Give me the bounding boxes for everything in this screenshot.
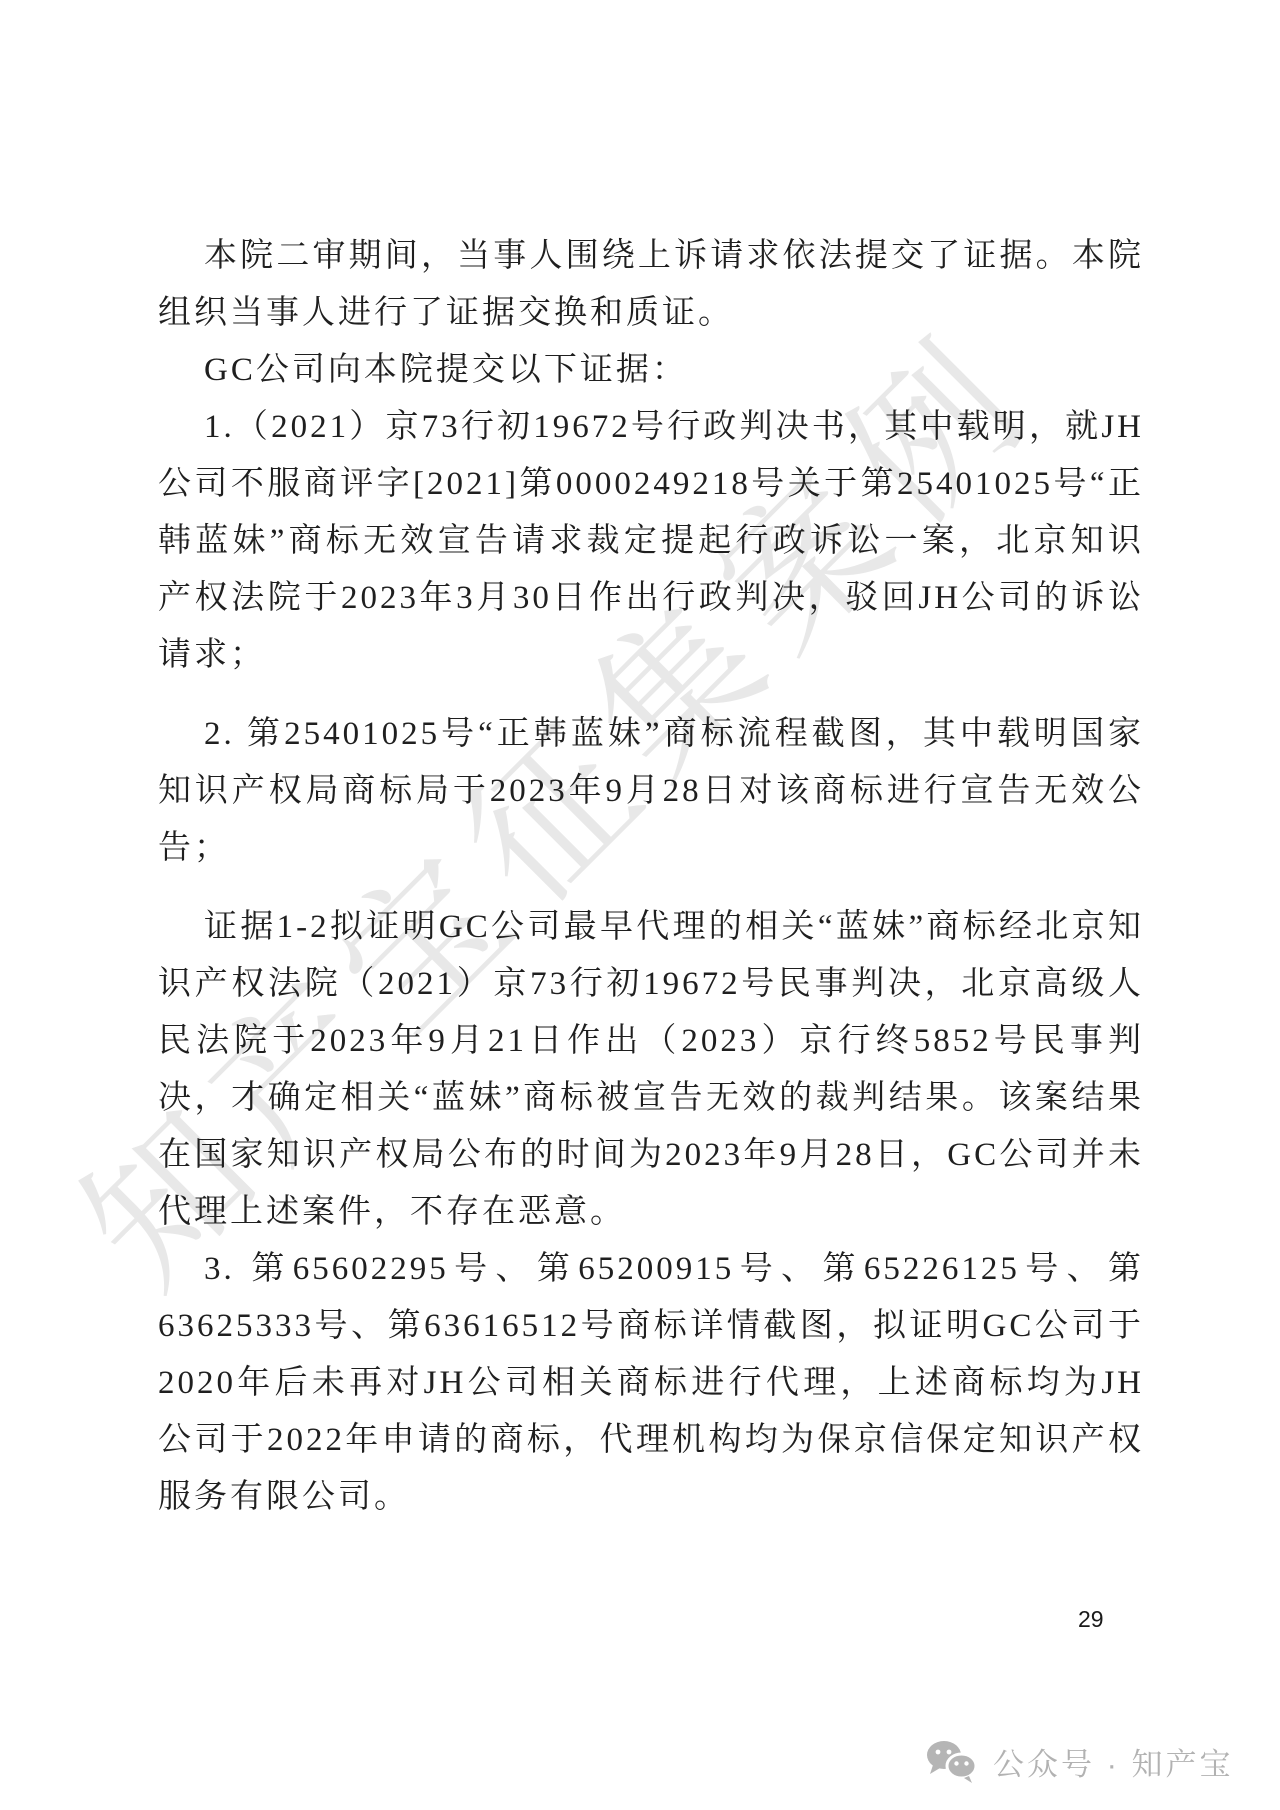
document-body: 本院二审期间，当事人围绕上诉请求依法提交了证据。本院组织当事人进行了证据交换和质… bbox=[158, 228, 1144, 1526]
paragraph-gc-evidence-intro: GC公司向本院提交以下证据： bbox=[158, 342, 1144, 399]
footer-brand-label: 公众号 · 知产宝 bbox=[993, 1739, 1234, 1784]
page-number: 29 bbox=[1078, 1606, 1104, 1633]
paragraph-second-instance-intro: 本院二审期间，当事人围绕上诉请求依法提交了证据。本院组织当事人进行了证据交换和质… bbox=[158, 228, 1144, 342]
footer-brand: 公众号 · 知产宝 bbox=[925, 1738, 1234, 1784]
wechat-icon bbox=[925, 1738, 979, 1784]
paragraph-evidence-item-2: 2. 第25401025号“正韩蓝妹”商标流程截图，其中载明国家知识产权局商标局… bbox=[158, 706, 1144, 877]
paragraph-evidence-1-2-purpose: 证据1-2拟证明GC公司最早代理的相关“蓝妹”商标经北京知识产权法院（2021）… bbox=[158, 899, 1144, 1241]
document-page: 知产宝征集案例 本院二审期间，当事人围绕上诉请求依法提交了证据。本院组织当事人进… bbox=[0, 0, 1280, 1810]
paragraph-evidence-item-3: 3. 第65602295号、第65200915号、第65226125号、第636… bbox=[158, 1241, 1144, 1526]
paragraph-evidence-item-1: 1.（2021）京73行初19672号行政判决书，其中载明，就JH公司不服商评字… bbox=[158, 399, 1144, 684]
